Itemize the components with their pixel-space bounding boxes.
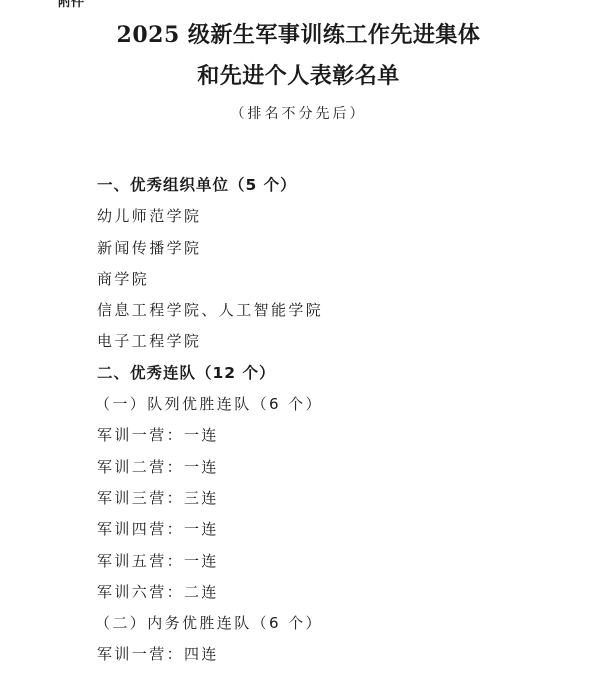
list-item: 军训一营：一连 <box>97 420 323 451</box>
list-item: 新闻传播学院 <box>97 233 323 264</box>
list-item: 幼儿师范学院 <box>97 201 323 232</box>
section-heading-companies: 二、优秀连队（12 个） <box>97 358 323 389</box>
document-body: 一、优秀组织单位（5 个） 幼儿师范学院 新闻传播学院 商学院 信息工程学院、人… <box>97 170 323 671</box>
document-subtitle: （排名不分先后） <box>0 103 597 123</box>
list-item: 军训一营：四连 <box>97 639 323 670</box>
list-item: 商学院 <box>97 264 323 295</box>
list-item: 信息工程学院、人工智能学院 <box>97 295 323 326</box>
list-item: 军训五营：一连 <box>97 546 323 577</box>
list-item: 军训六营：二连 <box>97 577 323 608</box>
subsection-heading-drill: （一）队列优胜连队（6 个） <box>95 389 323 420</box>
attachment-label: 附件 <box>58 0 84 10</box>
list-item: 军训二营：一连 <box>97 452 323 483</box>
list-item: 电子工程学院 <box>97 326 323 357</box>
list-item: 军训三营：三连 <box>97 483 323 514</box>
subsection-heading-housekeeping: （二）内务优胜连队（6 个） <box>95 608 323 639</box>
document-title-line-1: 2025 级新生军事训练工作先进集体 <box>0 18 597 49</box>
document-title-line-2: 和先进个人表彰名单 <box>0 59 597 90</box>
section-heading-organizations: 一、优秀组织单位（5 个） <box>97 170 323 201</box>
list-item: 军训四营：一连 <box>97 514 323 545</box>
